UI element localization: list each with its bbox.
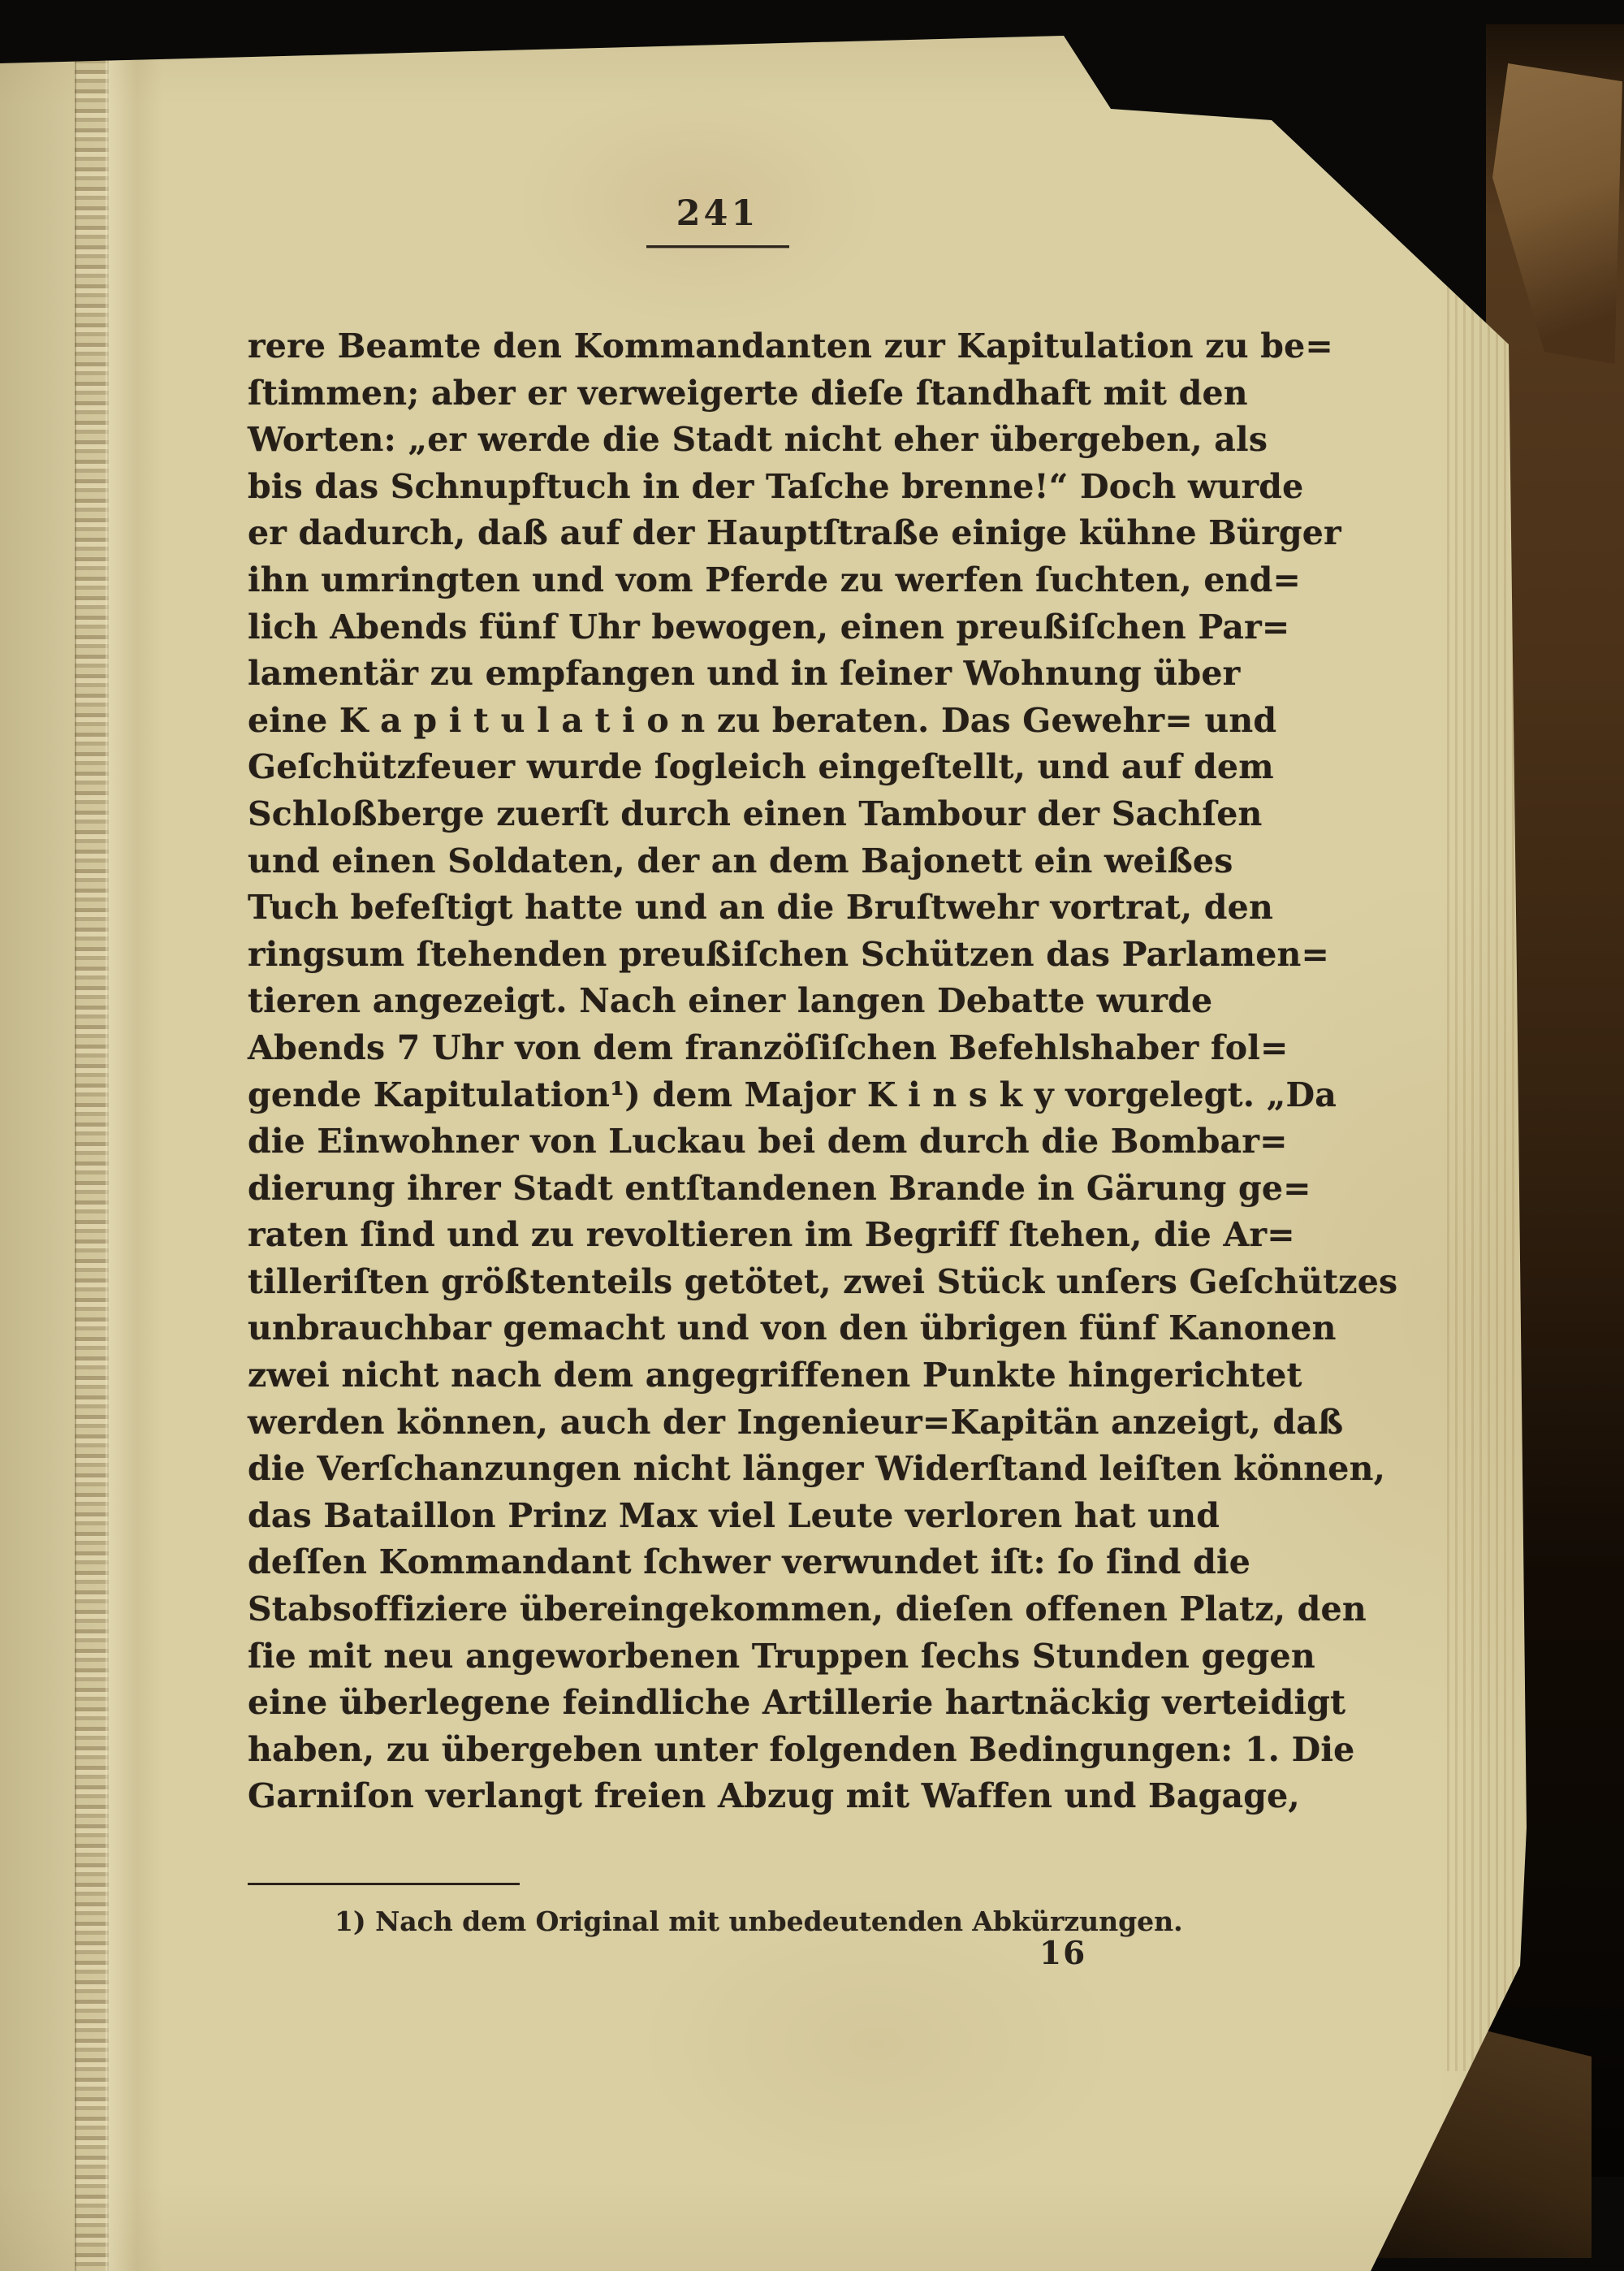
text-line: ringsum ſtehenden preußiſchen Schützen d… bbox=[248, 932, 1187, 979]
page-header: 241 bbox=[248, 193, 1187, 248]
binding-crease bbox=[106, 50, 162, 2271]
text-line: gende Kapitulation¹) dem Major K i n s k… bbox=[248, 1072, 1187, 1119]
text-line: tieren angezeigt. Nach einer langen Deba… bbox=[248, 978, 1187, 1025]
text-line: Garniſon verlangt freien Abzug mit Waffe… bbox=[248, 1773, 1187, 1820]
text-line: lich Abends fünf Uhr bewogen, einen preu… bbox=[248, 604, 1187, 651]
text-line: Geſchützfeuer wurde ſogleich eingeſtellt… bbox=[248, 744, 1187, 791]
signature-number: 16 bbox=[1039, 1935, 1086, 1972]
footnote-divider bbox=[248, 1883, 520, 1885]
text-line: das Bataillon Prinz Max viel Leute verlo… bbox=[248, 1493, 1187, 1540]
text-line: rere Beamte den Kommandanten zur Kapitul… bbox=[248, 323, 1187, 370]
footnote-text: 1) Nach dem Original mit unbedeutenden A… bbox=[335, 1905, 1187, 1937]
page-stack-edges bbox=[1447, 122, 1520, 2071]
text-line: dierung ihrer Stadt entſtandenen Brande … bbox=[248, 1166, 1187, 1213]
text-line: Tuch befeſtigt hatte und an die Bruſtweh… bbox=[248, 885, 1187, 932]
page-number-underline bbox=[646, 245, 789, 248]
text-line: Schloßberge zuerſt durch einen Tambour d… bbox=[248, 791, 1187, 838]
text-line: Abends 7 Uhr von dem franzöſiſchen Befeh… bbox=[248, 1025, 1187, 1072]
text-line: ſtimmen; aber er verweigerte dieſe ſtand… bbox=[248, 370, 1187, 417]
text-line: unbrauchbar gemacht und von den übrigen … bbox=[248, 1305, 1187, 1352]
text-line: raten ſind und zu revoltieren im Begriff… bbox=[248, 1212, 1187, 1259]
text-line: zwei nicht nach dem angegriffenen Punkte… bbox=[248, 1352, 1187, 1399]
text-line: er dadurch, daß auf der Hauptſtraße eini… bbox=[248, 510, 1187, 557]
text-line: ſie mit neu angeworbenen Truppen ſechs S… bbox=[248, 1633, 1187, 1681]
text-line: bis das Schnupftuch in der Taſche brenne… bbox=[248, 464, 1187, 511]
text-line: und einen Soldaten, der an dem Bajonett … bbox=[248, 838, 1187, 885]
page-number: 241 bbox=[248, 193, 1187, 234]
text-line: ihn umringten und vom Pferde zu werfen ſ… bbox=[248, 557, 1187, 604]
text-line: die Einwohner von Luckau bei dem durch d… bbox=[248, 1118, 1187, 1166]
text-line: lamentär zu empfangen und in ſeiner Wohn… bbox=[248, 651, 1187, 698]
text-line: Stabsoffiziere übereingekommen, dieſen o… bbox=[248, 1586, 1187, 1633]
text-line: tilleriſten größtenteils getötet, zwei S… bbox=[248, 1259, 1187, 1306]
page-paper: 241 rere Beamte den Kommandanten zur Kap… bbox=[0, 0, 1624, 2271]
text-line: eine überlegene feindliche Artillerie ha… bbox=[248, 1680, 1187, 1727]
text-line: Worten: „er werde die Stadt nicht eher ü… bbox=[248, 417, 1187, 464]
text-line: die Verſchanzungen nicht länger Widerſta… bbox=[248, 1446, 1187, 1493]
text-line: deſſen Kommandant ſchwer verwundet iſt: … bbox=[248, 1539, 1187, 1586]
text-line: haben, zu übergeben unter folgenden Bedi… bbox=[248, 1727, 1187, 1774]
binding-stitch-seam bbox=[75, 50, 109, 2271]
body-text: rere Beamte den Kommandanten zur Kapitul… bbox=[248, 323, 1187, 1820]
text-line: werden können, auch der Ingenieur=Kapitä… bbox=[248, 1399, 1187, 1447]
book-scan: 241 rere Beamte den Kommandanten zur Kap… bbox=[0, 0, 1624, 2271]
text-line: eine K a p i t u l a t i o n zu beraten.… bbox=[248, 698, 1187, 745]
